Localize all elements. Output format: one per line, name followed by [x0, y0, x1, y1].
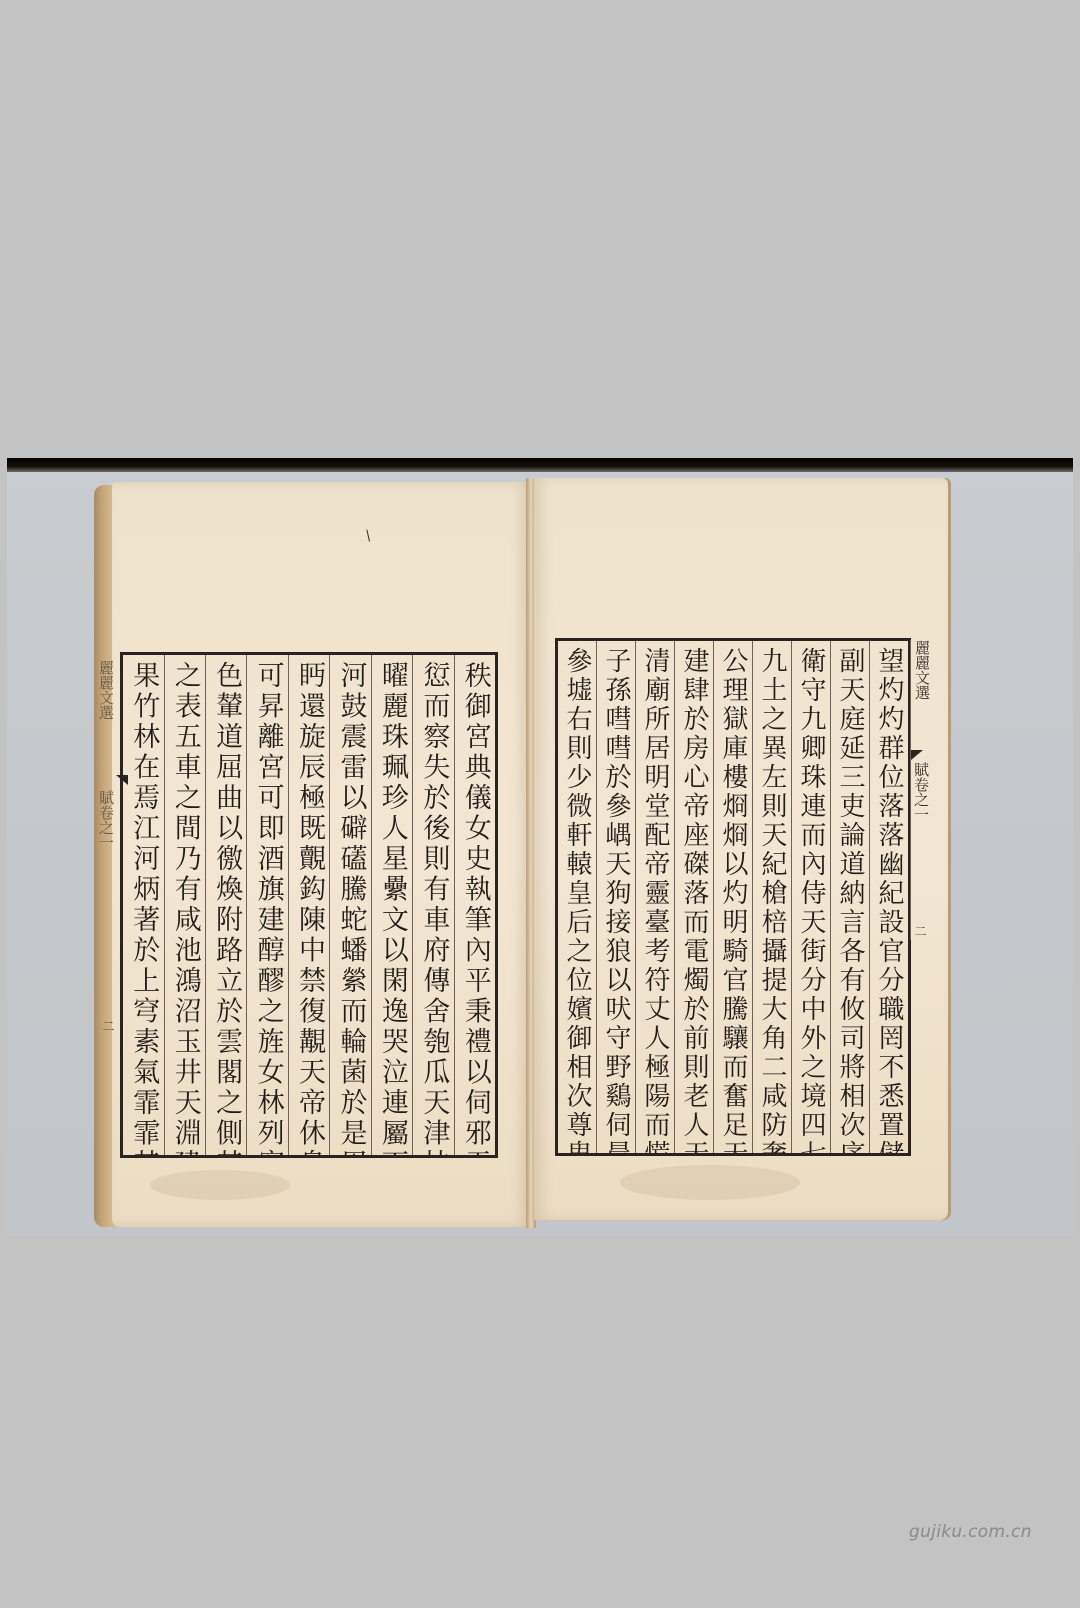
left-page-text-frame: 秩御宮典儀女史執筆內平秉禮以伺邪天牢禁 愆而察失於後則有車府傳舍匏瓜天津扶匡照 …	[120, 652, 498, 1158]
fishtail-mark-icon	[911, 750, 923, 760]
text-column: 秩御宮典儀女史執筆內平秉禮以伺邪天牢禁	[454, 655, 495, 1155]
text-column: 參墟右則少微軒轅皇后之位嬪御相次尊卑有	[558, 641, 596, 1153]
fishtail-mark-icon	[116, 775, 128, 785]
text-column: 公理獄庫樓烱烱以灼明騎官騰驤而奮足天市	[713, 641, 752, 1153]
left-page-number: 二	[100, 1020, 117, 1032]
paper-stain	[150, 1170, 290, 1200]
margin-book-title: 麗麗文選	[97, 660, 115, 720]
text-column: 曜麗珠珮珍人星纍文以閑逸哭泣連屬而趍墳	[371, 655, 412, 1155]
photo-top-shadow-band	[7, 458, 1073, 472]
left-margin-volume: 賦卷之一	[97, 790, 115, 900]
text-column: 色輦道屈曲以徼煥附路立於雲閣之側其列星	[205, 655, 246, 1155]
text-column: 子孫嘒嘒於參嵎天狗接狼以吠守野鷄伺晨於	[596, 641, 635, 1153]
right-margin-volume: 賦卷之一	[910, 762, 930, 882]
text-column: 果竹林在焉江河炳著於上穹素氣霏霏其帶天	[123, 655, 163, 1155]
margin-volume-label: 賦卷之一	[97, 790, 115, 850]
text-column: 之表五車之間乃有咸池鴻沼玉井天淵建樹百	[164, 655, 205, 1155]
margin-book-title: 麗麗文選	[913, 640, 931, 700]
text-column: 愆而察失於後則有車府傳舍匏瓜天津扶匡照	[412, 655, 453, 1155]
text-column: 衛守九卿珠連而內侍天街分中外之境四七列	[791, 641, 830, 1153]
text-column: 望灼灼群位落落幽紀設官分職罔不悉置儲貳	[869, 641, 908, 1153]
text-column: 建肆於房心帝座磔落而電燭於前則老人天社	[674, 641, 713, 1153]
right-page-text-frame: 望灼灼群位落落幽紀設官分職罔不悉置儲貳 副天庭延三吏論道納言各有攸司將相次序以 …	[555, 638, 911, 1156]
text-column: 河鼓震雷以礔礚騰蛇蟠縈而輪菌於是周章高	[329, 655, 370, 1155]
text-column: 副天庭延三吏論道納言各有攸司將相次序以	[830, 641, 869, 1153]
text-column: 眄還旋辰極既覿鈎陳中禁復覯天帝休息漸臺	[288, 655, 329, 1155]
margin-volume-label: 賦卷之一	[912, 762, 930, 822]
right-page-number: 二	[912, 925, 929, 937]
paper-stain	[620, 1165, 800, 1200]
site-watermark: gujiku.com.cn	[909, 1522, 1032, 1542]
text-column: 清廟所居明堂配帝靈臺考符丈人極陽而慌忽	[635, 641, 674, 1153]
text-column: 可昇離宮可即酒旗建醇醪之旌女林列窈窕之	[246, 655, 287, 1155]
text-column: 九土之異左則天紀槍棓攝提大角二咸防奢七	[752, 641, 791, 1153]
